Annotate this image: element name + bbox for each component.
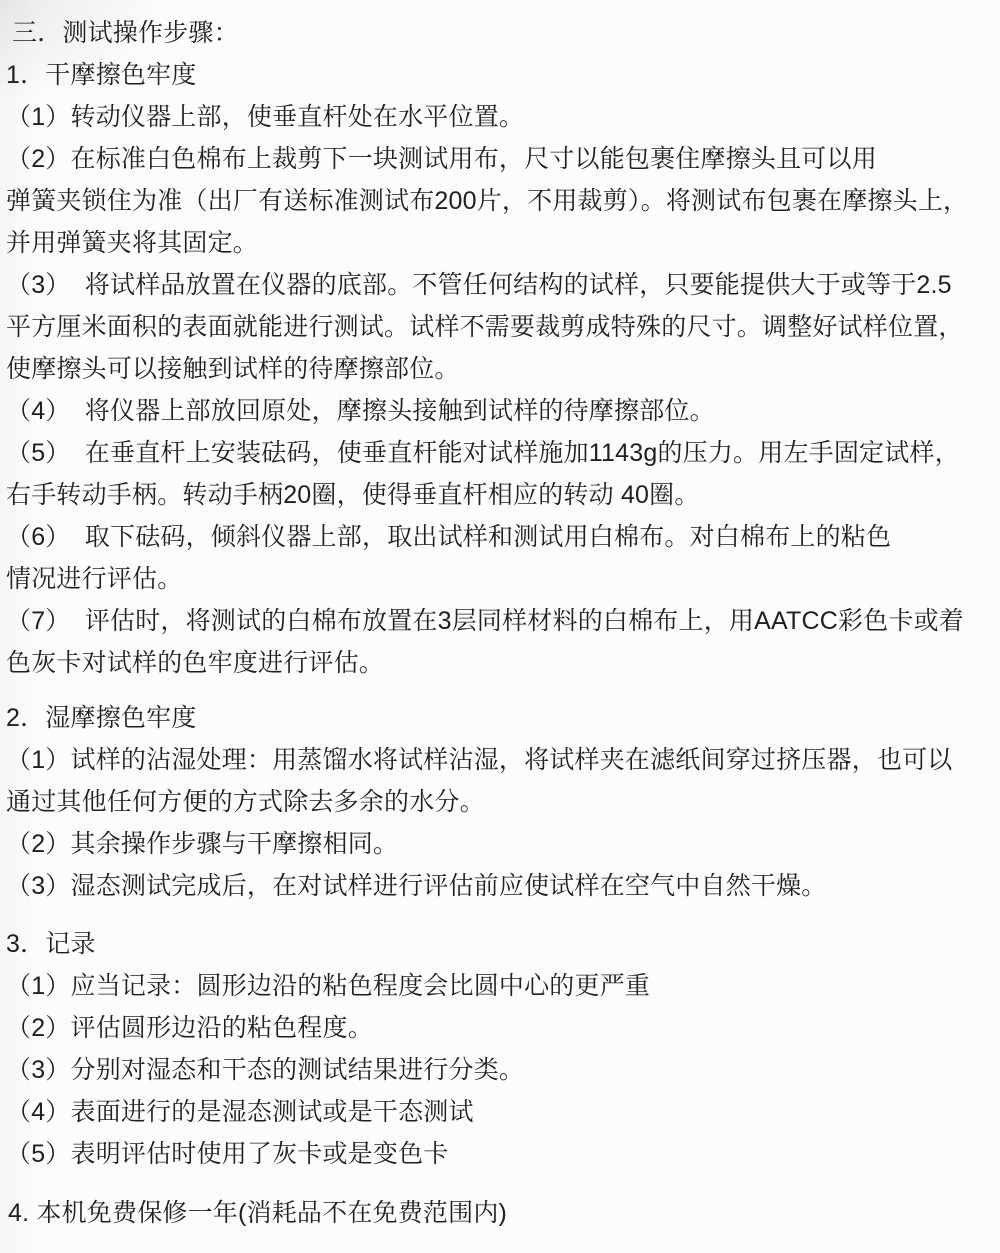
document-content: 三．测试操作步骤：1．干摩擦色牢度（1）转动仪器上部，使垂直杆处在水平位置。（2… xyxy=(0,0,1000,1234)
text-line: （1）试样的沾湿处理：用蒸馏水将试样沾湿，将试样夹在滤纸间穿过挤压器，也可以 xyxy=(4,739,990,781)
text-line: （2）评估圆形边沿的粘色程度。 xyxy=(4,1007,990,1049)
record-3: （3）分别对湿态和干态的测试结果进行分类。 xyxy=(4,1049,990,1091)
wet-step-1: （1）试样的沾湿处理：用蒸馏水将试样沾湿，将试样夹在滤纸间穿过挤压器，也可以通过… xyxy=(4,739,990,823)
text-line: 并用弹簧夹将其固定。 xyxy=(4,222,990,264)
warranty-note: 4. 本机免费保修一年(消耗品不在免费范围内) xyxy=(4,1192,990,1234)
text-line: 情况进行评估。 xyxy=(4,558,990,600)
dry-step-1: （1）转动仪器上部，使垂直杆处在水平位置。 xyxy=(4,96,990,138)
text-line: 4. 本机免费保修一年(消耗品不在免费范围内) xyxy=(4,1192,990,1234)
heading-line: 三．测试操作步骤： xyxy=(4,12,990,54)
text-line: 右手转动手柄。转动手柄20圈，使得垂直杆相应的转动 40圈。 xyxy=(4,474,990,516)
text-line: （3） 将试样品放置在仪器的底部。不管任何结构的试样，只要能提供大于或等于2.5 xyxy=(4,264,990,306)
text-line: 弹簧夹锁住为准（出厂有送标准测试布200片，不用裁剪）。将测试布包裹在摩擦头上， xyxy=(4,180,990,222)
document-page: 三．测试操作步骤：1．干摩擦色牢度（1）转动仪器上部，使垂直杆处在水平位置。（2… xyxy=(0,0,1000,1253)
text-line: （7） 评估时，将测试的白棉布放置在3层同样材料的白棉布上，用AATCC彩色卡或… xyxy=(4,600,990,642)
record-4: （4）表面进行的是湿态测试或是干态测试 xyxy=(4,1091,990,1133)
text-line: （6） 取下砝码，倾斜仪器上部，取出试样和测试用白棉布。对白棉布上的粘色 xyxy=(4,516,990,558)
heading-line: 3．记录 xyxy=(4,923,990,965)
record-2: （2）评估圆形边沿的粘色程度。 xyxy=(4,1007,990,1049)
heading-line: 1．干摩擦色牢度 xyxy=(4,54,990,96)
record-5: （5）表明评估时使用了灰卡或是变色卡 xyxy=(4,1133,990,1175)
subsection-wet-rub-title: 2．湿摩擦色牢度 xyxy=(4,697,990,739)
text-line: 平方厘米面积的表面就能进行测试。试样不需要裁剪成特殊的尺寸。调整好试样位置， xyxy=(4,306,990,348)
subsection-record-title: 3．记录 xyxy=(4,923,990,965)
dry-step-5: （5） 在垂直杆上安装砝码，使垂直杆能对试样施加1143g的压力。用左手固定试样… xyxy=(4,432,990,516)
text-line: （2）其余操作步骤与干摩擦相同。 xyxy=(4,823,990,865)
record-1: （1）应当记录：圆形边沿的粘色程度会比圆中心的更严重 xyxy=(4,965,990,1007)
text-line: 通过其他任何方便的方式除去多余的水分。 xyxy=(4,781,990,823)
text-line: （2）在标准白色棉布上裁剪下一块测试用布，尺寸以能包裹住摩擦头且可以用 xyxy=(4,138,990,180)
text-line: （1）应当记录：圆形边沿的粘色程度会比圆中心的更严重 xyxy=(4,965,990,1007)
text-line: （5） 在垂直杆上安装砝码，使垂直杆能对试样施加1143g的压力。用左手固定试样… xyxy=(4,432,990,474)
subsection-dry-rub-title: 1．干摩擦色牢度 xyxy=(4,54,990,96)
dry-step-6: （6） 取下砝码，倾斜仪器上部，取出试样和测试用白棉布。对白棉布上的粘色情况进行… xyxy=(4,516,990,600)
wet-step-3: （3）湿态测试完成后，在对试样进行评估前应使试样在空气中自然干燥。 xyxy=(4,865,990,907)
dry-step-7: （7） 评估时，将测试的白棉布放置在3层同样材料的白棉布上，用AATCC彩色卡或… xyxy=(4,600,990,684)
text-line: 使摩擦头可以接触到试样的待摩擦部位。 xyxy=(4,348,990,390)
dry-step-3: （3） 将试样品放置在仪器的底部。不管任何结构的试样，只要能提供大于或等于2.5… xyxy=(4,264,990,390)
text-line: （4）表面进行的是湿态测试或是干态测试 xyxy=(4,1091,990,1133)
text-line: 色灰卡对试样的色牢度进行评估。 xyxy=(4,642,990,684)
wet-step-2: （2）其余操作步骤与干摩擦相同。 xyxy=(4,823,990,865)
text-line: （4） 将仪器上部放回原处，摩擦头接触到试样的待摩擦部位。 xyxy=(4,390,990,432)
text-line: （3）分别对湿态和干态的测试结果进行分类。 xyxy=(4,1049,990,1091)
dry-step-2: （2）在标准白色棉布上裁剪下一块测试用布，尺寸以能包裹住摩擦头且可以用弹簧夹锁住… xyxy=(4,138,990,264)
text-line: （1）转动仪器上部，使垂直杆处在水平位置。 xyxy=(4,96,990,138)
dry-step-4: （4） 将仪器上部放回原处，摩擦头接触到试样的待摩擦部位。 xyxy=(4,390,990,432)
text-line: （5）表明评估时使用了灰卡或是变色卡 xyxy=(4,1133,990,1175)
section-title-test-steps: 三．测试操作步骤： xyxy=(4,12,990,54)
heading-line: 2．湿摩擦色牢度 xyxy=(4,697,990,739)
text-line: （3）湿态测试完成后，在对试样进行评估前应使试样在空气中自然干燥。 xyxy=(4,865,990,907)
